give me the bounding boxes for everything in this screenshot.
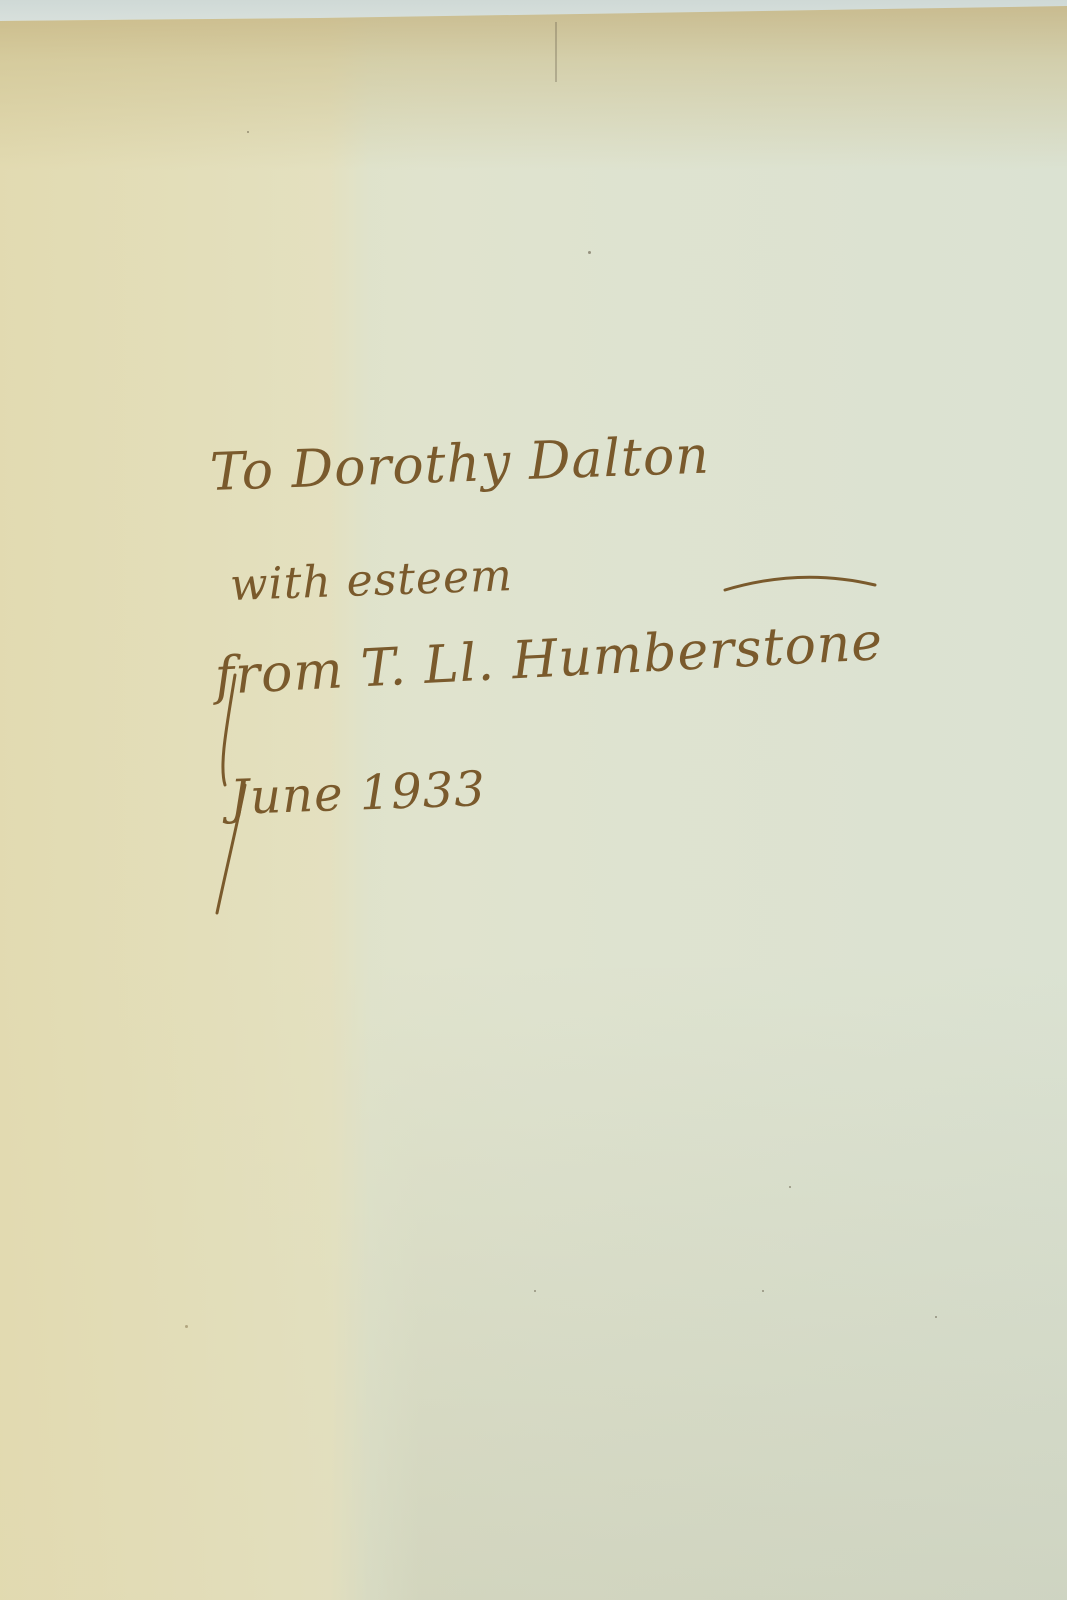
paper-speck: [534, 1290, 536, 1292]
paper-crease: [555, 22, 557, 82]
paper-speck: [789, 1186, 791, 1188]
paper-speck: [935, 1316, 937, 1318]
paper-speck: [185, 1325, 188, 1328]
paper-speck: [247, 131, 249, 133]
inscription-sentiment: with esteem: [229, 550, 513, 611]
inscription-date: June 1933: [229, 761, 487, 826]
inscription-signature: from T. Ll. Humberstone: [213, 612, 884, 707]
paper-speck: [762, 1290, 764, 1292]
inscription-recipient: To Dorothy Dalton: [209, 426, 711, 503]
paper-speck: [588, 251, 591, 254]
photograph: To Dorothy Dalton with esteem from T. Ll…: [0, 0, 1067, 1600]
handwritten-inscription: To Dorothy Dalton with esteem from T. Ll…: [205, 425, 905, 925]
